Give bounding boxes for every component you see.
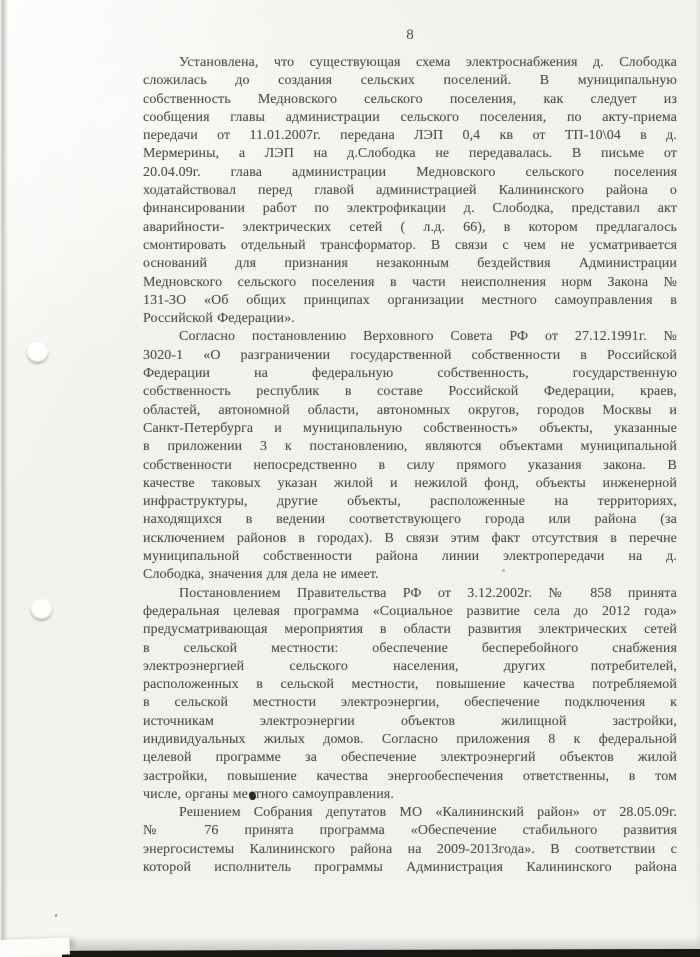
- paragraph: Постановлением Правительства РФ от 3.12.…: [143, 585, 677, 805]
- hole-punch: [31, 599, 52, 619]
- text-line: Решением Собрания депутатов МО «Калининс…: [143, 804, 677, 822]
- text-line: собственности непосредственно в силу пря…: [143, 457, 677, 475]
- text-line: Российской Федерации».: [143, 310, 677, 328]
- page-number: 8: [143, 27, 677, 44]
- text-line: аварийности- электрических сетей ( л.д. …: [143, 219, 677, 237]
- page-edge-right: [694, 0, 700, 947]
- text-line: исключением районов в городах). В связи …: [143, 530, 677, 548]
- text-line: инфраструктуры, другие объекты, располож…: [143, 493, 677, 511]
- scan-speck: [55, 914, 57, 917]
- text-line: расположенных в сельской местности, повы…: [143, 676, 677, 694]
- text-line: застройки, повышение качества энергообес…: [143, 768, 677, 786]
- text-line: в сельской местности электроэнергии, обе…: [143, 694, 677, 712]
- text-line: собственность республик в составе Россий…: [143, 383, 677, 401]
- text-line: сообщения главы администрации сельского …: [143, 109, 677, 127]
- text-line: числе, органы местного самоуправления.: [143, 786, 677, 804]
- scanner-background-bar: [62, 949, 700, 957]
- text-line: в сельской местности: обеспечение беспер…: [143, 640, 677, 658]
- text-line: 20.04.09г. глава администрации Медновско…: [143, 164, 677, 182]
- text-line: муниципальной собственности района линии…: [143, 548, 677, 566]
- text-line: Медновского сельского поселения в части …: [143, 274, 677, 292]
- page-bottom-shadow: [0, 936, 700, 950]
- text-line: оснований для признания незаконным безде…: [143, 255, 677, 273]
- text-line: предусматривающая мероприятия в области …: [143, 621, 677, 639]
- hole-punch: [27, 342, 48, 362]
- text-line: собственность Медновского сельского посе…: [143, 91, 677, 109]
- text-line: Федерации на федеральную собственность, …: [143, 365, 677, 383]
- page-edge-left: [0, 0, 8, 943]
- paragraph: Установлена, что существующая схема элек…: [143, 54, 677, 328]
- text-line: сложилась до создания сельских поселений…: [143, 72, 677, 90]
- text-line: № 76 принята программа «Обеспечение стаб…: [143, 822, 677, 840]
- text-line: Санкт-Петербурга и муниципальную собстве…: [143, 420, 677, 438]
- text-line: 3020-1 «О разграничении государственной …: [143, 347, 677, 365]
- text-line: электроэнергией сельского населения, дру…: [143, 658, 677, 676]
- text-line: находящихся в ведении соответствующего г…: [143, 511, 677, 529]
- text-line: качестве таковых указан жилой и нежилой …: [143, 475, 677, 493]
- text-line: в приложении 3 к постановлению, являются…: [143, 438, 677, 456]
- text-line: Установлена, что существующая схема элек…: [143, 54, 677, 72]
- text-line: Мермерины, а ЛЭП на д.Слободка не переда…: [143, 145, 677, 163]
- text-line: смонтировать отдельный трансформатор. В …: [143, 237, 677, 255]
- text-line: финансировании работ по электрофикации д…: [143, 200, 677, 218]
- text-line: 131-ЗО «Об общих принципах организации м…: [143, 292, 677, 310]
- text-line: передачи от 11.01.2007г. передана ЛЭП 0,…: [143, 127, 677, 145]
- text-line: Постановлением Правительства РФ от 3.12.…: [143, 585, 677, 603]
- text-line: Слободка, значения для дела не имеет.: [143, 566, 677, 584]
- text-line: ходатайствовал перед главой администраци…: [143, 182, 677, 200]
- paragraph: Согласно постановлению Верховного Совета…: [143, 328, 677, 584]
- text-line: источникам электроэнергии объектов жилищ…: [143, 713, 677, 731]
- paragraph: Решением Собрания депутатов МО «Калининс…: [143, 804, 677, 877]
- document-body: Установлена, что существующая схема элек…: [143, 54, 677, 877]
- text-line: федеральная целевая программа «Социально…: [143, 603, 677, 621]
- text-line: энергосистемы Калининского района на 200…: [143, 841, 677, 859]
- text-line: индивидуальных жилых домов. Согласно при…: [143, 731, 677, 749]
- text-line: областей, автономной области, автономных…: [143, 402, 677, 420]
- page-bottom-left-corner: [0, 937, 70, 957]
- text-line: целевой программе за обеспечение электро…: [143, 749, 677, 767]
- text-line: Согласно постановлению Верховного Совета…: [143, 328, 677, 346]
- scanned-page: 8 Установлена, что существующая схема эл…: [0, 0, 700, 957]
- text-line: которой исполнитель программы Администра…: [143, 859, 677, 877]
